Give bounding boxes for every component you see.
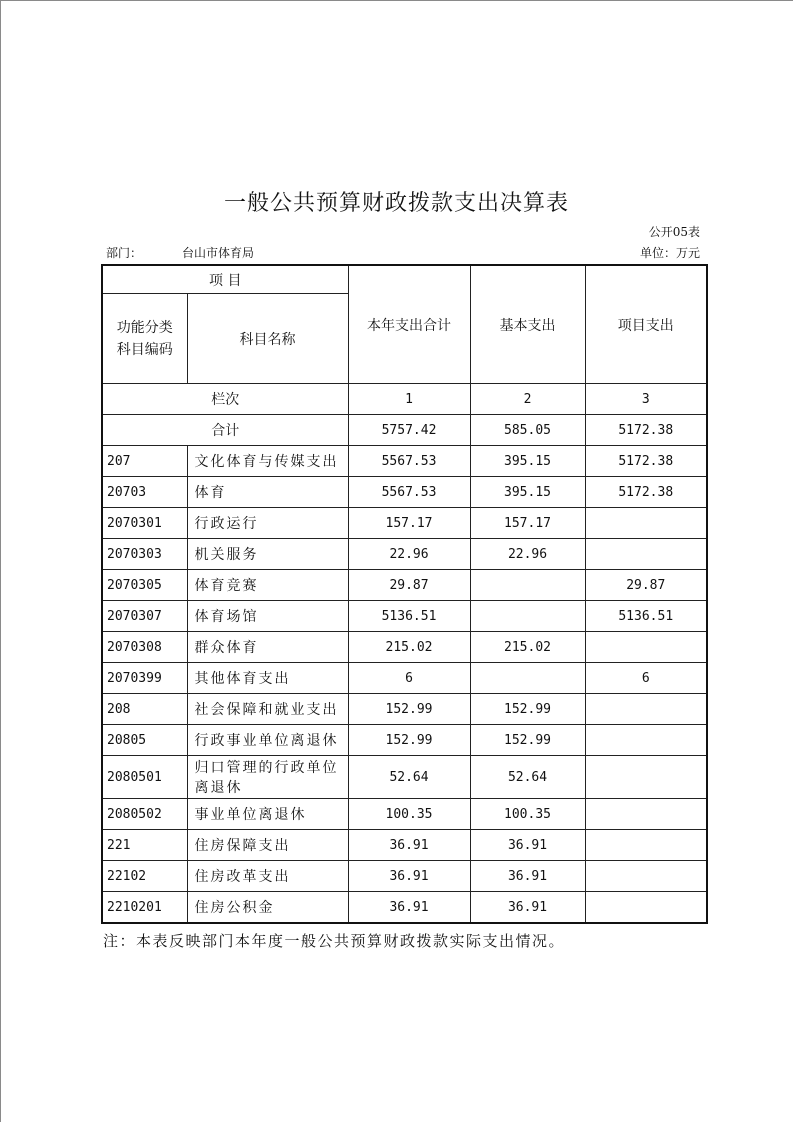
row-basic: 36.91 xyxy=(470,830,585,861)
column-index-1: 1 xyxy=(348,384,470,415)
row-project: 5136.51 xyxy=(585,601,707,632)
table-row: 20703体育5567.53395.155172.38 xyxy=(102,477,707,508)
row-name: 体育场馆 xyxy=(187,601,348,632)
row-basic: 395.15 xyxy=(470,477,585,508)
row-basic xyxy=(470,663,585,694)
row-project xyxy=(585,508,707,539)
total-row: 合计 5757.42 585.05 5172.38 xyxy=(102,415,707,446)
row-basic xyxy=(470,570,585,601)
row-code: 2070303 xyxy=(102,539,187,570)
row-code: 20805 xyxy=(102,725,187,756)
form-number: 公开05表 xyxy=(649,223,700,240)
row-code: 2070301 xyxy=(102,508,187,539)
table-row: 2080502事业单位离退休100.35100.35 xyxy=(102,799,707,830)
document-title: 一般公共预算财政拨款支出决算表 xyxy=(0,186,793,217)
header-code: 功能分类 科目编码 xyxy=(102,294,187,384)
row-project xyxy=(585,694,707,725)
header-item: 项 目 xyxy=(102,265,348,294)
row-code: 221 xyxy=(102,830,187,861)
table-row: 2070399其他体育支出66 xyxy=(102,663,707,694)
row-name: 住房保障支出 xyxy=(187,830,348,861)
row-total: 5136.51 xyxy=(348,601,470,632)
department-name: 台山市体育局 xyxy=(182,246,254,260)
row-name: 体育 xyxy=(187,477,348,508)
row-name: 文化体育与传媒支出 xyxy=(187,446,348,477)
total-label: 合计 xyxy=(102,415,348,446)
table-row: 207文化体育与传媒支出5567.53395.155172.38 xyxy=(102,446,707,477)
row-project xyxy=(585,892,707,924)
row-total: 52.64 xyxy=(348,756,470,799)
row-total: 157.17 xyxy=(348,508,470,539)
row-total: 100.35 xyxy=(348,799,470,830)
row-code: 2070399 xyxy=(102,663,187,694)
row-basic: 152.99 xyxy=(470,725,585,756)
row-basic: 215.02 xyxy=(470,632,585,663)
table-row: 221住房保障支出36.9136.91 xyxy=(102,830,707,861)
row-name: 群众体育 xyxy=(187,632,348,663)
row-total: 152.99 xyxy=(348,725,470,756)
row-name: 行政运行 xyxy=(187,508,348,539)
row-project: 6 xyxy=(585,663,707,694)
column-index-2: 2 xyxy=(470,384,585,415)
page-border xyxy=(0,0,1,1122)
page-border xyxy=(0,0,793,1)
row-code: 2070307 xyxy=(102,601,187,632)
row-total: 36.91 xyxy=(348,830,470,861)
header-row: 项 目 本年支出合计 基本支出 项目支出 xyxy=(102,265,707,294)
row-total: 36.91 xyxy=(348,861,470,892)
column-index-row: 栏次 1 2 3 xyxy=(102,384,707,415)
row-code: 2070308 xyxy=(102,632,187,663)
total-project: 5172.38 xyxy=(585,415,707,446)
table-row: 2080501归口管理的行政单位离退休52.6452.64 xyxy=(102,756,707,799)
row-name: 行政事业单位离退休 xyxy=(187,725,348,756)
header-name: 科目名称 xyxy=(187,294,348,384)
row-basic: 36.91 xyxy=(470,861,585,892)
table-row: 22102住房改革支出36.9136.91 xyxy=(102,861,707,892)
table-row: 20805行政事业单位离退休152.99152.99 xyxy=(102,725,707,756)
row-code: 208 xyxy=(102,694,187,725)
expenditure-table: 项 目 本年支出合计 基本支出 项目支出 功能分类 科目编码 科目名称 栏次 1… xyxy=(101,264,708,924)
header-total: 本年支出合计 xyxy=(348,265,470,384)
row-code: 207 xyxy=(102,446,187,477)
header-code-line1: 功能分类 xyxy=(117,320,173,336)
row-total: 36.91 xyxy=(348,892,470,924)
table-row: 2210201住房公积金36.9136.91 xyxy=(102,892,707,924)
row-total: 5567.53 xyxy=(348,446,470,477)
row-basic: 22.96 xyxy=(470,539,585,570)
column-index-3: 3 xyxy=(585,384,707,415)
header-project: 项目支出 xyxy=(585,265,707,384)
unit-label: 单位：万元 xyxy=(640,244,700,261)
header-code-line2: 科目编码 xyxy=(117,342,173,358)
row-total: 5567.53 xyxy=(348,477,470,508)
row-name: 住房改革支出 xyxy=(187,861,348,892)
column-index-label: 栏次 xyxy=(102,384,348,415)
row-code: 2080502 xyxy=(102,799,187,830)
table-row: 2070303机关服务22.9622.96 xyxy=(102,539,707,570)
row-basic: 52.64 xyxy=(470,756,585,799)
row-total: 6 xyxy=(348,663,470,694)
row-total: 215.02 xyxy=(348,632,470,663)
table-row: 2070308群众体育215.02215.02 xyxy=(102,632,707,663)
footnote: 注：本表反映部门本年度一般公共预算财政拨款实际支出情况。 xyxy=(103,930,565,951)
row-basic xyxy=(470,601,585,632)
row-project xyxy=(585,830,707,861)
row-project xyxy=(585,861,707,892)
row-project: 5172.38 xyxy=(585,446,707,477)
row-basic: 395.15 xyxy=(470,446,585,477)
row-name: 其他体育支出 xyxy=(187,663,348,694)
row-code: 20703 xyxy=(102,477,187,508)
row-name: 事业单位离退休 xyxy=(187,799,348,830)
row-name: 体育竞赛 xyxy=(187,570,348,601)
row-project: 29.87 xyxy=(585,570,707,601)
row-project xyxy=(585,725,707,756)
row-basic: 157.17 xyxy=(470,508,585,539)
row-basic: 36.91 xyxy=(470,892,585,924)
table-row: 2070301行政运行157.17157.17 xyxy=(102,508,707,539)
row-name: 机关服务 xyxy=(187,539,348,570)
department-label: 部门： xyxy=(106,246,142,260)
row-basic: 152.99 xyxy=(470,694,585,725)
total-sum: 5757.42 xyxy=(348,415,470,446)
table-row: 208社会保障和就业支出152.99152.99 xyxy=(102,694,707,725)
row-project xyxy=(585,756,707,799)
row-project: 5172.38 xyxy=(585,477,707,508)
table-row: 2070307体育场馆5136.515136.51 xyxy=(102,601,707,632)
header-basic: 基本支出 xyxy=(470,265,585,384)
row-total: 29.87 xyxy=(348,570,470,601)
row-project xyxy=(585,799,707,830)
table-row: 2070305体育竞赛29.8729.87 xyxy=(102,570,707,601)
row-name: 归口管理的行政单位离退休 xyxy=(187,756,348,799)
row-code: 2070305 xyxy=(102,570,187,601)
row-code: 2080501 xyxy=(102,756,187,799)
row-name: 社会保障和就业支出 xyxy=(187,694,348,725)
row-total: 22.96 xyxy=(348,539,470,570)
row-name: 住房公积金 xyxy=(187,892,348,924)
row-code: 2210201 xyxy=(102,892,187,924)
row-project xyxy=(585,539,707,570)
department-line: 部门：台山市体育局 xyxy=(106,244,254,261)
row-basic: 100.35 xyxy=(470,799,585,830)
row-code: 22102 xyxy=(102,861,187,892)
row-total: 152.99 xyxy=(348,694,470,725)
row-project xyxy=(585,632,707,663)
total-basic: 585.05 xyxy=(470,415,585,446)
